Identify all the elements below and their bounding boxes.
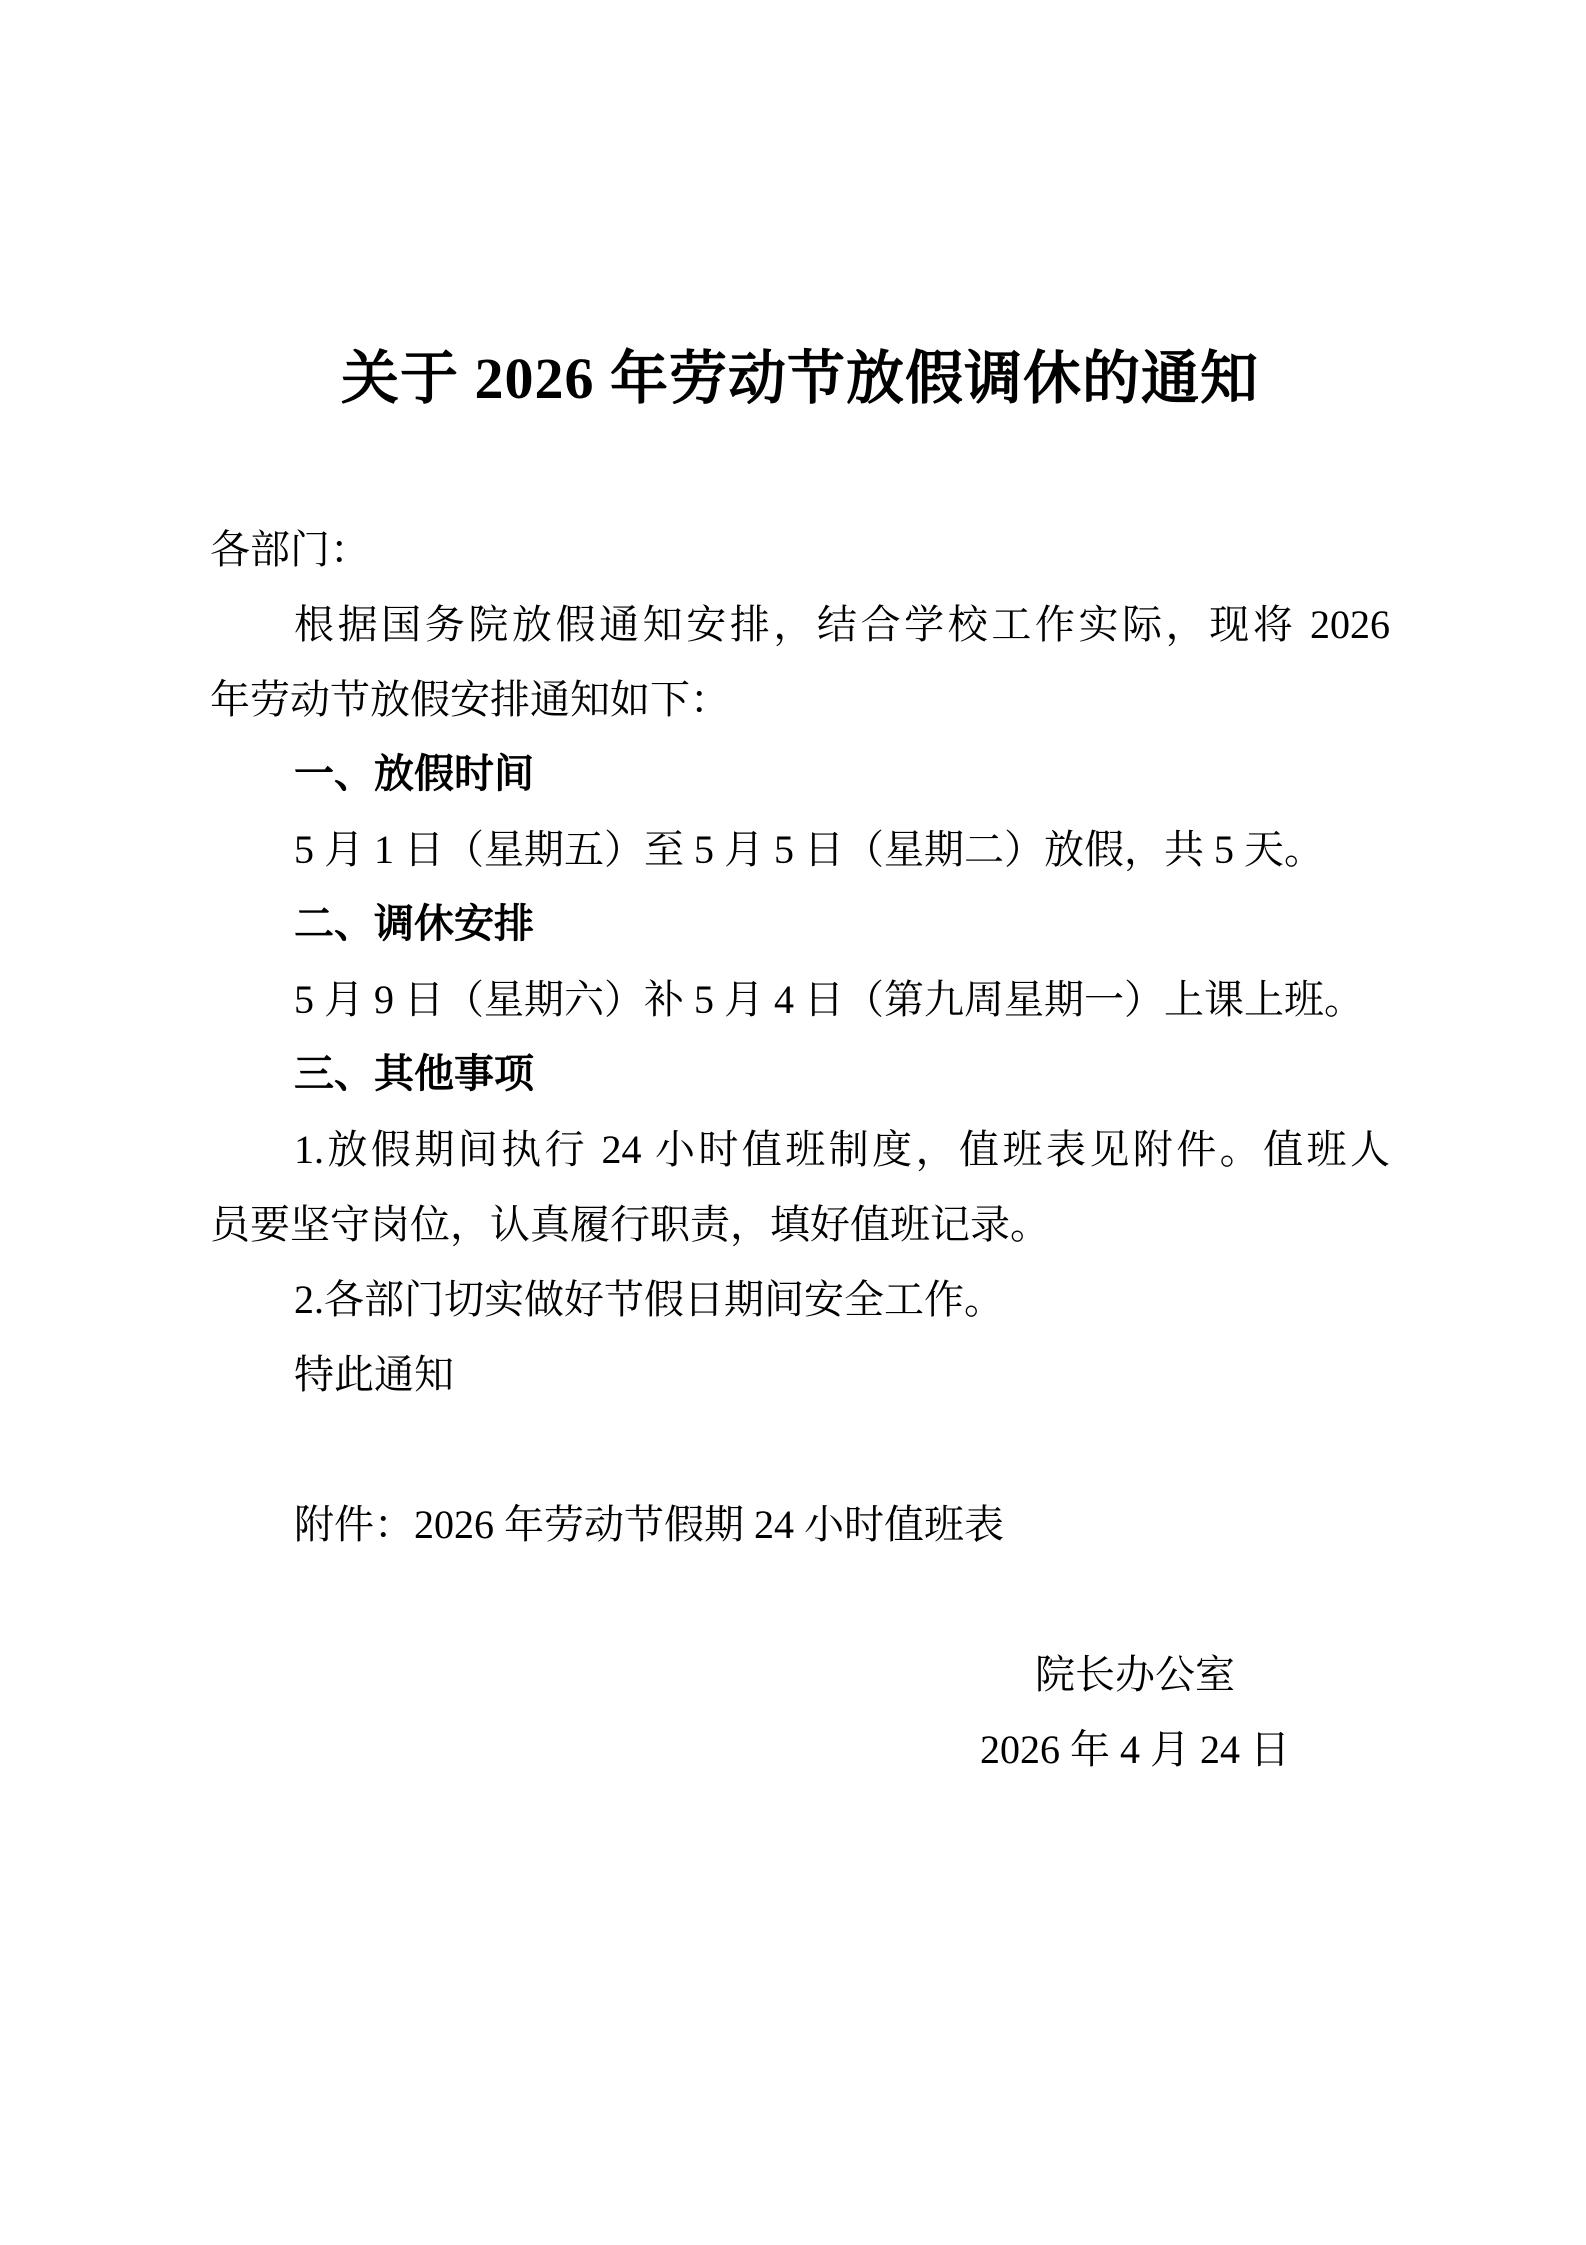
section-3-item-2: 2.各部门切实做好节假日期间安全工作。 — [210, 1262, 1390, 1337]
spacer — [210, 1412, 1390, 1487]
signature-department: 院长办公室 — [965, 1637, 1305, 1712]
signature-block: 院长办公室 2026 年 4 月 24 日 — [965, 1637, 1305, 1787]
spacer — [210, 1562, 1390, 1637]
section-2-body: 5 月 9 日（星期六）补 5 月 4 日（第九周星期一）上课上班。 — [210, 962, 1390, 1037]
section-3-item-1-line-1: 1.放假期间执行 24 小时值班制度，值班表见附件。值班人 — [210, 1112, 1390, 1187]
notice-document-page: 关于 2026 年劳动节放假调休的通知 各部门： 根据国务院放假通知安排，结合学… — [0, 0, 1586, 2245]
attachment-line: 附件：2026 年劳动节假期 24 小时值班表 — [210, 1487, 1390, 1562]
intro-line-1: 根据国务院放假通知安排，结合学校工作实际，现将 2026 — [210, 587, 1390, 662]
section-3-heading: 三、其他事项 — [210, 1037, 1390, 1112]
section-1-body: 5 月 1 日（星期五）至 5 月 5 日（星期二）放假，共 5 天。 — [210, 812, 1390, 887]
salutation: 各部门： — [210, 512, 1390, 587]
intro-line-2: 年劳动节放假安排通知如下： — [210, 662, 1390, 737]
signature-date: 2026 年 4 月 24 日 — [965, 1712, 1305, 1787]
closing-line: 特此通知 — [210, 1337, 1390, 1412]
section-2-heading: 二、调休安排 — [210, 887, 1390, 962]
section-3-item-1-line-2: 员要坚守岗位，认真履行职责，填好值班记录。 — [210, 1187, 1390, 1262]
document-title: 关于 2026 年劳动节放假调休的通知 — [210, 330, 1390, 428]
section-1-heading: 一、放假时间 — [210, 737, 1390, 812]
